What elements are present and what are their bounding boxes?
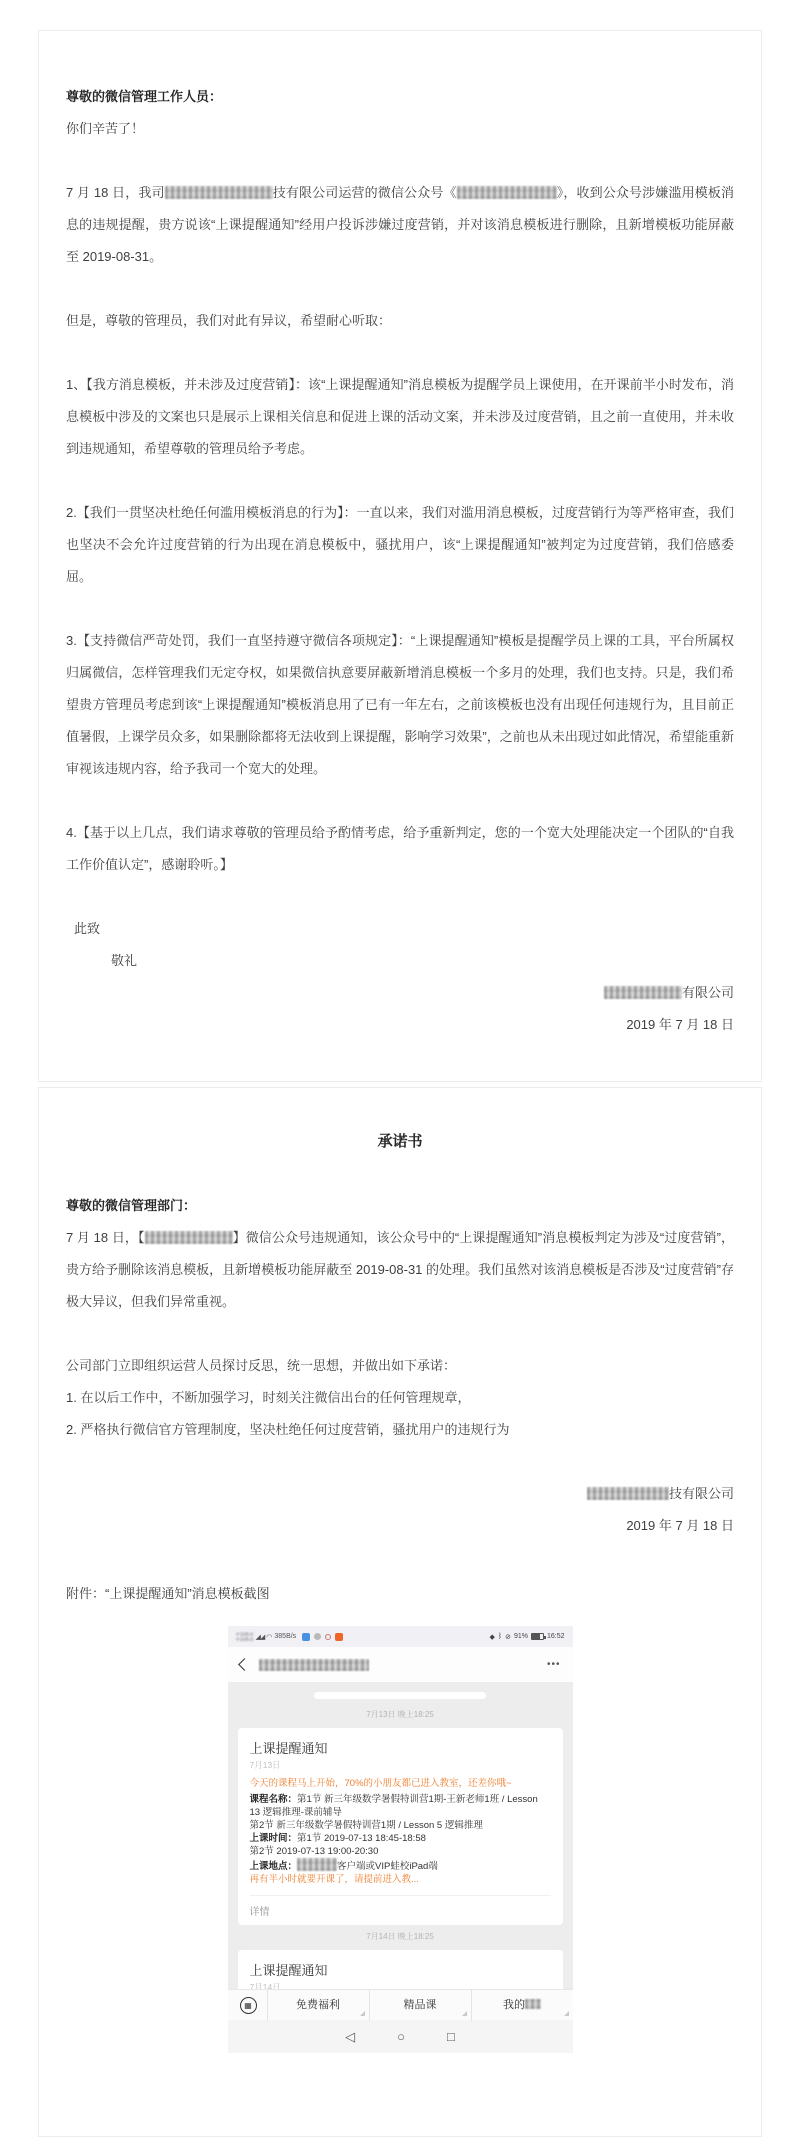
point-4: 4.【基于以上几点，我们请求尊敬的管理员给予酌情考虑，给予重新判定，您的一个宽大…	[66, 817, 734, 881]
keyboard-icon[interactable]: ▦	[240, 1997, 257, 2014]
bluetooth-icon: ᛒ	[498, 1633, 502, 1640]
letter-greeting-2: 尊敬的微信管理部门：	[66, 1190, 734, 1222]
letter-salute: 你们辛苦了！	[66, 113, 734, 145]
paragraph-notice: 7 月 18 日，【】微信公众号违规通知，该公众号中的“上课提醒通知”消息模板判…	[66, 1222, 734, 1318]
card-date: 7月13日	[250, 1759, 551, 1771]
signature-date-2: 2019 年 7 月 18 日	[66, 1510, 734, 1542]
notification-app-icon-gray	[314, 1633, 321, 1640]
point-3: 3.【支持微信严苛处罚，我们一直坚持遵守微信各项规定】：“上课提醒通知”模板是提…	[66, 625, 734, 785]
battery-percent: 91%	[514, 1633, 528, 1640]
paragraph-commitment-lead: 公司部门立即组织运营人员探讨反思，统一思想，并做出如下承诺：	[66, 1350, 734, 1382]
android-recents-button[interactable]: □	[447, 2029, 455, 2044]
card-title-2: 上课提醒通知	[250, 1960, 551, 1979]
tab-mine[interactable]: 我的	[471, 1990, 573, 2021]
card-date-2: 7月14日	[250, 1981, 551, 1989]
more-menu-icon[interactable]: •••	[547, 1659, 561, 1670]
redacted-text	[297, 1858, 337, 1871]
tab-premium-course[interactable]: 精品课	[369, 1990, 471, 2021]
android-home-button[interactable]: ○	[397, 2029, 405, 2044]
redacted-text	[457, 186, 557, 199]
promo-text-bottom: 再有半小时就要开课了，请提前进入教...	[250, 1873, 551, 1886]
redacted-account-title	[259, 1659, 369, 1671]
carrier-label: 中国移动中国移动	[236, 1632, 254, 1642]
signature-company-2: 技有限公司	[66, 1478, 734, 1510]
signature-date: 2019 年 7 月 18 日	[66, 1009, 734, 1041]
appeal-letter-page: 尊敬的微信管理工作人员： 你们辛苦了！ 7 月 18 日，我司技有限公司运营的微…	[38, 30, 762, 1082]
signal-icon: ◢◢	[256, 1633, 265, 1641]
attachment-caption: 附件：“上课提醒通知”消息模板截图	[66, 1578, 734, 1610]
phone-status-bar: 中国移动中国移动 ◢◢ ◠ 385B/s ◆ ᛒ ⊘ 91% 16:52	[228, 1626, 573, 1647]
course-name-line1: 课程名称：第1节 新三年级数学暑假特训营1期-王新老师1班 / Lesson 1…	[250, 1793, 551, 1819]
phone-tab-bar: ▦ 免费福利 精品课 我的	[228, 1989, 573, 2020]
phone-nav-bar: •••	[228, 1647, 573, 1682]
mute-icon: ⊘	[505, 1633, 511, 1641]
point-2: 2.【我们一贯坚决杜绝任何滥用模板消息的行为】：一直以来，我们对滥用消息模板，过…	[66, 497, 734, 593]
redacted-text	[165, 186, 273, 199]
attachment-phone-screenshot: 中国移动中国移动 ◢◢ ◠ 385B/s ◆ ᛒ ⊘ 91% 16:52 •••	[228, 1626, 573, 2053]
redacted-text	[525, 1999, 541, 2009]
redacted-text	[604, 986, 682, 999]
collapsed-banner-pill	[314, 1692, 486, 1699]
phone-content: 7月13日 晚上18:25 上课提醒通知 7月13日 今天的课程马上开始，70%…	[228, 1682, 573, 1989]
redacted-text	[587, 1487, 669, 1500]
commitment-letter-page: 承诺书 尊敬的微信管理部门： 7 月 18 日，【】微信公众号违规通知，该公众号…	[38, 1087, 762, 2137]
closing-cizhi: 此致	[66, 913, 734, 945]
class-location-line: 上课地点：客户端或VIP蛙校iPad端	[250, 1858, 551, 1873]
network-speed: 385B/s	[274, 1633, 296, 1640]
commitment-item-1: 1. 在以后工作中，不断加强学习，时刻关注微信出台的任何管理规章，	[66, 1382, 734, 1414]
android-back-button[interactable]: ◁	[345, 2029, 355, 2045]
class-time-line2: 第2节 2019-07-13 19:00-20:30	[250, 1845, 551, 1858]
reminder-card-1: 上课提醒通知 7月13日 今天的课程马上开始，70%的小朋友都已进入教室，还差你…	[238, 1728, 563, 1925]
time-divider-2: 7月14日 晚上18:25	[238, 1931, 563, 1942]
battery-icon	[531, 1633, 544, 1640]
signature-company: 有限公司	[66, 977, 734, 1009]
point-1: 1、【我方消息模板，并未涉及过度营销】：该“上课提醒通知”消息模板为提醒学员上课…	[66, 369, 734, 465]
reminder-card-2: 上课提醒通知 7月14日 今天的课程马上开始，70%的小朋友都已进入教室，还差你…	[238, 1950, 563, 1989]
closing-jingli: 敬礼	[66, 945, 734, 977]
class-time-line1: 上课时间：第1节 2019-07-13 18:45-18:58	[250, 1832, 551, 1845]
commitment-item-2: 2. 严格执行微信官方管理制度，坚决杜绝任何过度营销，骚扰用户的违规行为	[66, 1414, 734, 1446]
detail-link[interactable]: 详情	[250, 1895, 551, 1925]
notification-app-icon-orange	[335, 1633, 343, 1641]
letter-greeting: 尊敬的微信管理工作人员：	[66, 81, 734, 113]
course-name-line2: 第2节 新三年级数学暑假特训营1期 / Lesson 5 逻辑推理	[250, 1819, 551, 1832]
status-time: 16:52	[547, 1633, 565, 1640]
back-chevron-icon[interactable]	[238, 1658, 251, 1671]
paragraph-intro: 7 月 18 日，我司技有限公司运营的微信公众号《》，收到公众号涉嫌滥用模板消息…	[66, 177, 734, 273]
redacted-text	[145, 1231, 233, 1244]
shield-icon: ◆	[489, 1633, 494, 1641]
wifi-icon: ◠	[266, 1633, 272, 1641]
card-title: 上课提醒通知	[250, 1738, 551, 1757]
time-divider: 7月13日 晚上18:25	[238, 1709, 563, 1720]
tab-free-benefits[interactable]: 免费福利	[267, 1990, 369, 2021]
promo-text-top: 今天的课程马上开始，70%的小朋友都已进入教室，还差你哦~	[250, 1777, 551, 1790]
android-nav-bar: ◁ ○ □	[228, 2020, 573, 2053]
page-title: 承诺书	[66, 1126, 734, 1158]
notification-app-icon-ring	[325, 1634, 331, 1640]
paragraph-objection-lead: 但是，尊敬的管理员，我们对此有异议，希望耐心听取：	[66, 305, 734, 337]
notification-app-icon-blue	[302, 1633, 310, 1641]
